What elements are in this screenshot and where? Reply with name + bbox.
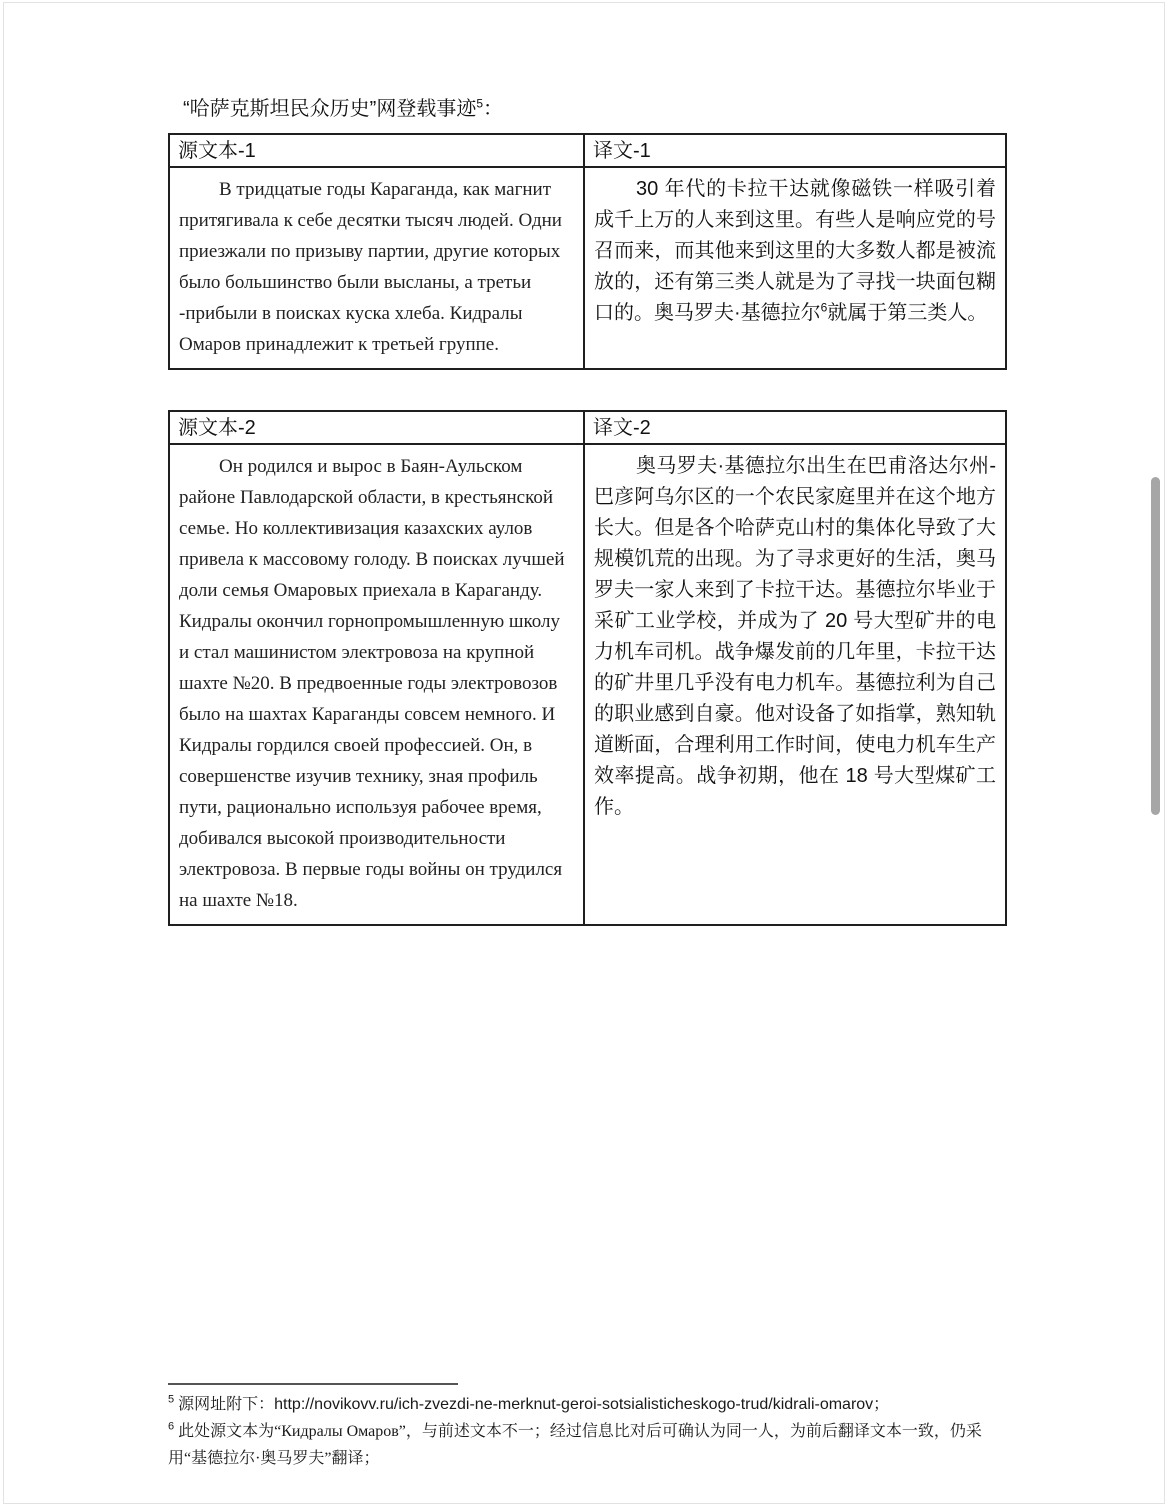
footnote-5: 5 源网址附下：http://novikovv.ru/ich-zvezdi-ne… bbox=[168, 1391, 1008, 1418]
translation-table-1: 源文本-1 译文-1 В тридцатые годы Караганда, к… bbox=[168, 133, 1007, 370]
table-1-source-cell: В тридцатые годы Караганда, как магнит п… bbox=[169, 167, 584, 369]
table-1-source-header-cell: 源文本-1 bbox=[169, 134, 584, 167]
source-text-1: В тридцатые годы Караганда, как магнит п… bbox=[170, 168, 583, 368]
table-1-translation-cell: 30 年代的卡拉干达就像磁铁一样吸引着成千上万的人来到这里。有些人是响应党的号召… bbox=[584, 167, 1006, 369]
footnote-6-text: 此处源文本为“Кидралы Омаров”，与前述文本不一；经过信息比对后可确… bbox=[168, 1423, 982, 1467]
page-title-text: “哈萨克斯坦民众历史”网登载事迹 bbox=[183, 98, 476, 120]
table-1-header-row: 源文本-1 译文-1 bbox=[169, 134, 1006, 167]
table-1-translation-header-cell: 译文-1 bbox=[584, 134, 1006, 167]
translation-header-label: 译文-1 bbox=[585, 135, 1005, 166]
table-2-source-cell: Он родился и вырос в Баян-Аульском район… bbox=[169, 444, 584, 925]
vertical-scrollbar-thumb[interactable] bbox=[1151, 477, 1160, 815]
source-header-label: 源文本-1 bbox=[170, 135, 583, 166]
footnote-5-url: http://novikovv.ru/ich-zvezdi-ne-merknut… bbox=[274, 1396, 873, 1413]
table-2-body-row: Он родился и вырос в Баян-Аульском район… bbox=[169, 444, 1006, 925]
footnote-5-tail: ； bbox=[873, 1396, 889, 1413]
table-2-header-row: 源文本-2 译文-2 bbox=[169, 411, 1006, 444]
footnote-5-label: 源网址附下： bbox=[178, 1396, 274, 1413]
footnote-6: 6 此处源文本为“Кидралы Омаров”，与前述文本不一；经过信息比对后… bbox=[168, 1418, 1008, 1472]
footnotes-section: 5 源网址附下：http://novikovv.ru/ich-zvezdi-ne… bbox=[168, 1383, 1008, 1472]
page-title: “哈萨克斯坦民众历史”网登载事迹5： bbox=[183, 96, 503, 122]
footnote-separator bbox=[168, 1383, 458, 1385]
translation-header-label: 译文-2 bbox=[585, 412, 1005, 443]
source-text-2: Он родился и вырос в Баян-Аульском район… bbox=[170, 445, 583, 924]
page-title-colon: ： bbox=[483, 98, 503, 120]
translation-table-2: 源文本-2 译文-2 Он родился и вырос в Баян-Аул… bbox=[168, 410, 1007, 926]
title-footnote-ref: 5 bbox=[476, 96, 483, 110]
table-2-source-header-cell: 源文本-2 bbox=[169, 411, 584, 444]
table-1-body-row: В тридцатые годы Караганда, как магнит п… bbox=[169, 167, 1006, 369]
translation-text-1: 30 年代的卡拉干达就像磁铁一样吸引着成千上万的人来到这里。有些人是响应党的号召… bbox=[585, 168, 1005, 337]
translation-text-2: 奥马罗夫·基德拉尔出生在巴甫洛达尔州-巴彦阿乌尔区的一个农民家庭里并在这个地方长… bbox=[585, 445, 1005, 831]
translation-1-part-b: 就属于第三类人。 bbox=[827, 302, 987, 324]
source-header-label: 源文本-2 bbox=[170, 412, 583, 443]
footnote-6-ref: 6 bbox=[168, 1421, 174, 1433]
table-2-translation-header-cell: 译文-2 bbox=[584, 411, 1006, 444]
table-2-translation-cell: 奥马罗夫·基德拉尔出生在巴甫洛达尔州-巴彦阿乌尔区的一个农民家庭里并在这个地方长… bbox=[584, 444, 1006, 925]
footnote-5-ref: 5 bbox=[168, 1394, 174, 1406]
